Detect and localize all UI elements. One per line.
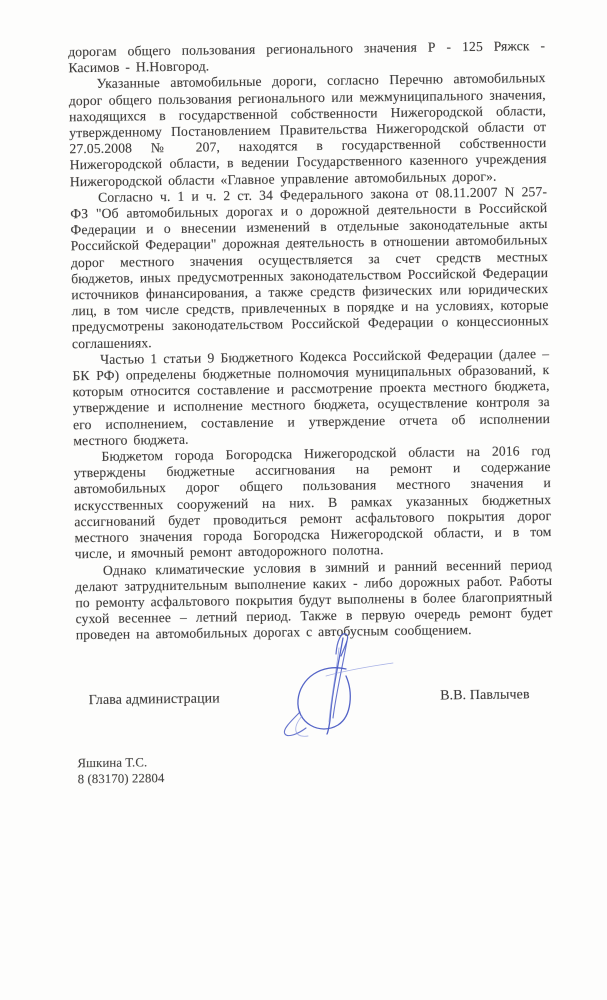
signature-stroke — [298, 668, 350, 729]
signature-image — [250, 624, 400, 764]
paragraph: Частью 1 статьи 9 Бюджетного Кодекса Рос… — [72, 346, 550, 449]
document-page: дорогам общего пользования регионального… — [0, 0, 607, 1000]
signature-stroke — [284, 712, 306, 736]
signatory-title: Глава администрации — [77, 691, 220, 709]
signatory-name: В.В. Павлычев — [440, 687, 554, 705]
paragraph: Указанные автомобильные дороги, согласно… — [68, 70, 546, 190]
paragraph: Согласно ч. 1 и ч. 2 ст. 34 Федерального… — [70, 184, 549, 352]
paragraph: Бюджетом города Богородска Нижегородской… — [73, 443, 551, 563]
